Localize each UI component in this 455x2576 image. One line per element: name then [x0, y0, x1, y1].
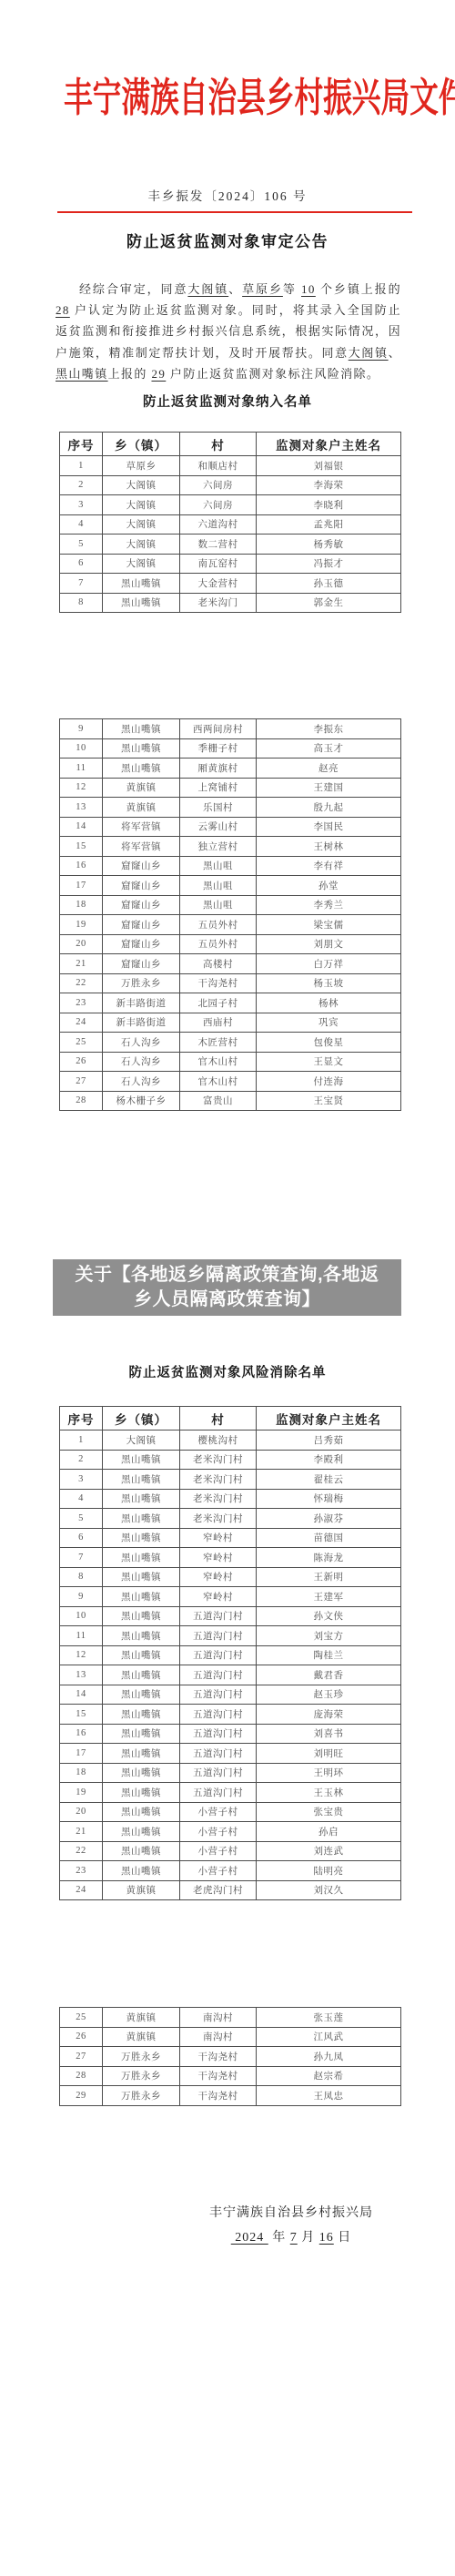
cell-township: 黑山嘴镇 [103, 1783, 180, 1803]
cell-serial: 17 [60, 1744, 103, 1764]
cell-householder-name: 李振东 [257, 719, 401, 739]
cell-township: 窟窿山乡 [103, 876, 180, 896]
cell-householder-name: 包俊星 [257, 1033, 401, 1053]
table-row: 20窟窿山乡五员外村刘朋文 [60, 934, 401, 954]
table-row: 24黄旗镇老虎沟门村刘汉久 [60, 1880, 401, 1900]
cell-township: 黑山嘴镇 [103, 1587, 180, 1607]
cell-serial: 4 [60, 514, 103, 535]
table-row: 14将军营镇云雾山村李国民 [60, 817, 401, 837]
removal-table: 序号乡（镇）村监测对象户主姓名1大阁镇樱桃沟村吕秀茹2黑山嘴镇老米沟门村李殿利3… [59, 1406, 401, 1900]
text-segment: 经综合审定，同意 [79, 282, 187, 296]
cell-township: 黑山嘴镇 [103, 1685, 180, 1705]
cell-serial: 22 [60, 1841, 103, 1861]
table-row: 1大阁镇樱桃沟村吕秀茹 [60, 1431, 401, 1451]
column-header: 序号 [60, 1407, 103, 1431]
table-row: 28万胜永乡干沟尧村赵宗希 [60, 2066, 401, 2086]
cell-township: 黑山嘴镇 [103, 1861, 180, 1881]
cell-village: 木匠营村 [180, 1033, 257, 1053]
cell-serial: 26 [60, 2027, 103, 2047]
cell-serial: 21 [60, 954, 103, 974]
cell-householder-name: 高玉才 [257, 738, 401, 759]
table-row: 2大阁镇六间房李海荣 [60, 475, 401, 495]
cell-township: 将军营镇 [103, 817, 180, 837]
cell-serial: 25 [60, 1033, 103, 1053]
text-segment: 户防止返贫监测对象标注风险消除。 [166, 367, 379, 381]
table-row: 15黑山嘴镇五道沟门村庞海荣 [60, 1705, 401, 1725]
cell-village: 乐国村 [180, 798, 257, 818]
cell-householder-name: 赵宗希 [257, 2066, 401, 2086]
cell-township: 石人沟乡 [103, 1072, 180, 1092]
table-row: 4大阁镇六道沟村孟兆阳 [60, 514, 401, 535]
column-header: 乡（镇） [103, 1407, 180, 1431]
cell-township: 万胜永乡 [103, 2047, 180, 2067]
text-segment: 个乡镇上报的 [316, 282, 401, 296]
cell-serial: 21 [60, 1822, 103, 1842]
cell-serial: 26 [60, 1052, 103, 1072]
cell-village: 五道沟门村 [180, 1763, 257, 1783]
cell-village: 五道沟门村 [180, 1665, 257, 1685]
cell-township: 黑山嘴镇 [103, 1470, 180, 1490]
issuing-org-signature: 丰宁满族自治县乡村振兴局 [127, 2203, 455, 2221]
cell-village: 老米沟门村 [180, 1470, 257, 1490]
cell-township: 黑山嘴镇 [103, 1665, 180, 1685]
cell-village: 和顺店村 [180, 456, 257, 476]
text-segment: 上报的 [108, 367, 152, 381]
table-row: 22黑山嘴镇小营子村刘连武 [60, 1841, 401, 1861]
underlined-segment: 28 [56, 303, 70, 317]
cell-village: 五员外村 [180, 915, 257, 935]
text-segment: 月 [298, 2231, 319, 2245]
cell-serial: 8 [60, 593, 103, 613]
cell-householder-name: 王建国 [257, 778, 401, 798]
cell-householder-name: 杨秀敏 [257, 535, 401, 555]
cell-village: 上窝铺村 [180, 778, 257, 798]
cell-householder-name: 王明环 [257, 1763, 401, 1783]
cell-serial: 27 [60, 1072, 103, 1092]
cell-serial: 28 [60, 1091, 103, 1111]
table-row: 9黑山嘴镇西两间房村李振东 [60, 719, 401, 739]
table-row: 17黑山嘴镇五道沟门村刘明旺 [60, 1744, 401, 1764]
table-row: 19窟窿山乡五员外村梁宝儒 [60, 915, 401, 935]
table-row: 26石人沟乡官木山村王显文 [60, 1052, 401, 1072]
cell-township: 窟窿山乡 [103, 856, 180, 876]
cell-householder-name: 李晓利 [257, 495, 401, 515]
cell-township: 大阁镇 [103, 475, 180, 495]
text-segment: 等 [283, 282, 301, 296]
cell-village: 窄岭村 [180, 1567, 257, 1587]
cell-township: 黑山嘴镇 [103, 1724, 180, 1744]
cell-village: 黑山咀 [180, 895, 257, 915]
cell-householder-name: 翟桂云 [257, 1470, 401, 1490]
cell-village: 西庙村 [180, 1013, 257, 1033]
cell-serial: 13 [60, 1665, 103, 1685]
column-header: 序号 [60, 433, 103, 456]
include-list-table-part2: 9黑山嘴镇西两间房村李振东10黑山嘴镇季栅子村高玉才11黑山嘴镇厢黄旗村赵亮12… [59, 718, 400, 1111]
table-row: 6大阁镇南瓦窑村冯振才 [60, 554, 401, 574]
overlay-ad-banner[interactable]: 关于【各地返乡隔离政策查询,各地返乡人员隔离政策查询】 [53, 1259, 401, 1316]
cell-village: 小营子村 [180, 1861, 257, 1881]
table-header-row: 序号乡（镇）村监测对象户主姓名 [60, 433, 401, 456]
cell-serial: 15 [60, 837, 103, 857]
cell-township: 将军营镇 [103, 837, 180, 857]
cell-householder-name: 李国民 [257, 817, 401, 837]
cell-village: 老虎沟门村 [180, 1880, 257, 1900]
column-header: 乡（镇） [103, 433, 180, 456]
cell-village: 五道沟门村 [180, 1705, 257, 1725]
removal-list-table-part1: 序号乡（镇）村监测对象户主姓名1大阁镇樱桃沟村吕秀茹2黑山嘴镇老米沟门村李殿利3… [59, 1406, 400, 1900]
table-row: 21窟窿山乡高楼村白万祥 [60, 954, 401, 974]
cell-township: 黄旗镇 [103, 2008, 180, 2028]
table-row: 9黑山嘴镇窄岭村王建军 [60, 1587, 401, 1607]
cell-township: 黄旗镇 [103, 778, 180, 798]
cell-village: 厢黄旗村 [180, 759, 257, 779]
cell-householder-name: 陈海龙 [257, 1548, 401, 1568]
cell-householder-name: 刘宝方 [257, 1626, 401, 1646]
cell-householder-name: 孙堂 [257, 876, 401, 896]
table-row: 10黑山嘴镇五道沟门村孙文侠 [60, 1606, 401, 1626]
column-header: 监测对象户主姓名 [257, 1407, 401, 1431]
cell-township: 黑山嘴镇 [103, 1528, 180, 1548]
table-row: 6黑山嘴镇窄岭村苗德国 [60, 1528, 401, 1548]
cell-village: 官木山村 [180, 1052, 257, 1072]
underlined-segment: 大阁镇 [349, 346, 389, 360]
cell-township: 窟窿山乡 [103, 915, 180, 935]
cell-serial: 19 [60, 915, 103, 935]
cell-township: 大阁镇 [103, 1431, 180, 1451]
cell-serial: 3 [60, 495, 103, 515]
cell-village: 大金营村 [180, 574, 257, 594]
cell-householder-name: 孙文侠 [257, 1606, 401, 1626]
cell-householder-name: 王新明 [257, 1567, 401, 1587]
cell-serial: 7 [60, 574, 103, 594]
table-row: 12黄旗镇上窝铺村王建国 [60, 778, 401, 798]
table-row: 20黑山嘴镇小营子村张宝贵 [60, 1802, 401, 1822]
table-row: 5大阁镇数二营村杨秀敏 [60, 535, 401, 555]
issue-date: 2024 年 7 月 16 日 [127, 2227, 455, 2245]
table-row: 24新丰路街道西庙村巩宾 [60, 1013, 401, 1033]
cell-township: 黑山嘴镇 [103, 1450, 180, 1470]
cell-township: 黑山嘴镇 [103, 738, 180, 759]
table-row: 16黑山嘴镇五道沟门村刘喜书 [60, 1724, 401, 1744]
cell-serial: 11 [60, 759, 103, 779]
cell-serial: 24 [60, 1013, 103, 1033]
cell-householder-name: 张宝贵 [257, 1802, 401, 1822]
cell-householder-name: 李殿利 [257, 1450, 401, 1470]
cell-village: 五道沟门村 [180, 1626, 257, 1646]
cell-township: 黑山嘴镇 [103, 1645, 180, 1665]
cell-township: 黑山嘴镇 [103, 1606, 180, 1626]
cell-township: 黑山嘴镇 [103, 1509, 180, 1529]
cell-village: 五道沟门村 [180, 1606, 257, 1626]
table-row: 8黑山嘴镇老米沟门郭金生 [60, 593, 401, 613]
cell-serial: 9 [60, 719, 103, 739]
cell-township: 黑山嘴镇 [103, 1744, 180, 1764]
underlined-segment: 大阁镇 [187, 282, 228, 296]
cell-village: 富贵山 [180, 1091, 257, 1111]
cell-serial: 20 [60, 934, 103, 954]
cell-serial: 7 [60, 1548, 103, 1568]
cell-village: 老米沟门村 [180, 1450, 257, 1470]
cell-serial: 6 [60, 1528, 103, 1548]
cell-householder-name: 杨玉坡 [257, 973, 401, 993]
cell-township: 石人沟乡 [103, 1052, 180, 1072]
document-page: 丰宁满族自治县乡村振兴局文件 丰乡振发〔2024〕106 号 防止返贫监测对象审… [0, 0, 455, 2576]
cell-village: 小营子村 [180, 1802, 257, 1822]
table-row: 18黑山嘴镇五道沟门村王明环 [60, 1763, 401, 1783]
cell-township: 大阁镇 [103, 514, 180, 535]
cell-village: 老米沟门村 [180, 1509, 257, 1529]
cell-householder-name: 怀瑞梅 [257, 1489, 401, 1509]
letterhead-org-title: 丰宁满族自治县乡村振兴局文件 [64, 73, 391, 126]
cell-village: 数二营村 [180, 535, 257, 555]
table-header-row: 序号乡（镇）村监测对象户主姓名 [60, 1407, 401, 1431]
cell-township: 窟窿山乡 [103, 934, 180, 954]
cell-householder-name: 王建军 [257, 1587, 401, 1607]
removal-table: 25黄旗镇南沟村张玉莲26黄旗镇南沟村江风武27万胜永乡干沟尧村孙九凤28万胜永… [59, 2007, 401, 2106]
cell-serial: 24 [60, 1880, 103, 1900]
cell-serial: 6 [60, 554, 103, 574]
cell-householder-name: 陶桂兰 [257, 1645, 401, 1665]
cell-village: 西两间房村 [180, 719, 257, 739]
cell-serial: 12 [60, 1645, 103, 1665]
cell-householder-name: 孙淑芬 [257, 1509, 401, 1529]
cell-village: 六道沟村 [180, 514, 257, 535]
table-row: 11黑山嘴镇五道沟门村刘宝方 [60, 1626, 401, 1646]
cell-householder-name: 苗德国 [257, 1528, 401, 1548]
underlined-segment: 草原乡 [242, 282, 283, 296]
cell-village: 樱桃沟村 [180, 1431, 257, 1451]
cell-householder-name: 吕秀茹 [257, 1431, 401, 1451]
cell-householder-name: 刘福银 [257, 456, 401, 476]
table-row: 23黑山嘴镇小营子村陆明亮 [60, 1861, 401, 1881]
cell-householder-name: 孙玉德 [257, 574, 401, 594]
cell-householder-name: 孟兆阳 [257, 514, 401, 535]
cell-householder-name: 张玉莲 [257, 2008, 401, 2028]
cell-serial: 12 [60, 778, 103, 798]
cell-householder-name: 刘明旺 [257, 1744, 401, 1764]
cell-village: 五道沟门村 [180, 1783, 257, 1803]
cell-householder-name: 郭金生 [257, 593, 401, 613]
table-row: 15将军营镇独立营村王树林 [60, 837, 401, 857]
cell-householder-name: 江风武 [257, 2027, 401, 2047]
cell-serial: 14 [60, 817, 103, 837]
cell-village: 季栅子村 [180, 738, 257, 759]
cell-householder-name: 冯振才 [257, 554, 401, 574]
text-segment: 、 [228, 282, 242, 296]
cell-village: 云雾山村 [180, 817, 257, 837]
cell-serial: 23 [60, 993, 103, 1013]
cell-householder-name: 白万祥 [257, 954, 401, 974]
underlined-segment: 7 [290, 2231, 298, 2245]
table-row: 12黑山嘴镇五道沟门村陶桂兰 [60, 1645, 401, 1665]
cell-serial: 13 [60, 798, 103, 818]
table-row: 27万胜永乡干沟尧村孙九凤 [60, 2047, 401, 2067]
cell-serial: 17 [60, 876, 103, 896]
cell-householder-name: 杨林 [257, 993, 401, 1013]
letterhead-divider-line [57, 211, 412, 213]
table-row: 21黑山嘴镇小营子村孙启 [60, 1822, 401, 1842]
table-row: 8黑山嘴镇窄岭村王新明 [60, 1567, 401, 1587]
cell-township: 万胜永乡 [103, 2086, 180, 2106]
announcement-body: 经综合审定，同意大阁镇、草原乡等 10 个乡镇上报的 28 户认定为防止返贫监测… [56, 279, 401, 384]
cell-township: 黄旗镇 [103, 798, 180, 818]
cell-village: 五道沟门村 [180, 1645, 257, 1665]
cell-householder-name: 王树林 [257, 837, 401, 857]
underlined-segment: 29 [151, 367, 166, 381]
cell-householder-name: 殷九起 [257, 798, 401, 818]
cell-serial: 10 [60, 1606, 103, 1626]
table-row: 14黑山嘴镇五道沟门村赵玉珍 [60, 1685, 401, 1705]
cell-village: 五道沟门村 [180, 1685, 257, 1705]
cell-township: 大阁镇 [103, 495, 180, 515]
include-list-subtitle: 防止返贫监测对象纳入名单 [0, 392, 455, 411]
cell-householder-name: 王显文 [257, 1052, 401, 1072]
cell-village: 干沟尧村 [180, 2086, 257, 2106]
cell-serial: 9 [60, 1587, 103, 1607]
cell-householder-name: 梁宝儒 [257, 915, 401, 935]
underlined-segment: 2024 [231, 2231, 268, 2245]
cell-township: 新丰路街道 [103, 993, 180, 1013]
cell-householder-name: 赵玉珍 [257, 1685, 401, 1705]
cell-township: 石人沟乡 [103, 1033, 180, 1053]
cell-serial: 18 [60, 895, 103, 915]
table-row: 10黑山嘴镇季栅子村高玉才 [60, 738, 401, 759]
cell-village: 六间房 [180, 475, 257, 495]
cell-village: 五员外村 [180, 934, 257, 954]
cell-serial: 15 [60, 1705, 103, 1725]
cell-householder-name: 王凤忠 [257, 2086, 401, 2106]
cell-township: 黄旗镇 [103, 2027, 180, 2047]
cell-householder-name: 陆明亮 [257, 1861, 401, 1881]
table-row: 7黑山嘴镇窄岭村陈海龙 [60, 1548, 401, 1568]
removal-list-subtitle: 防止返贫监测对象风险消除名单 [0, 1362, 455, 1381]
cell-serial: 28 [60, 2066, 103, 2086]
cell-village: 干沟尧村 [180, 973, 257, 993]
include-table: 序号乡（镇）村监测对象户主姓名1草原乡和顺店村刘福银2大阁镇六间房李海荣3大阁镇… [59, 432, 401, 613]
cell-township: 黑山嘴镇 [103, 1763, 180, 1783]
cell-township: 新丰路街道 [103, 1013, 180, 1033]
cell-village: 北园子村 [180, 993, 257, 1013]
cell-township: 大阁镇 [103, 554, 180, 574]
cell-serial: 5 [60, 535, 103, 555]
table-row: 5黑山嘴镇老米沟门村孙淑芬 [60, 1509, 401, 1529]
document-number: 丰乡振发〔2024〕106 号 [0, 186, 455, 204]
cell-township: 黑山嘴镇 [103, 1822, 180, 1842]
removal-list-table-part2: 25黄旗镇南沟村张玉莲26黄旗镇南沟村江风武27万胜永乡干沟尧村孙九凤28万胜永… [59, 2007, 400, 2106]
cell-village: 窄岭村 [180, 1587, 257, 1607]
cell-township: 黑山嘴镇 [103, 1841, 180, 1861]
table-row: 26黄旗镇南沟村江风武 [60, 2027, 401, 2047]
table-row: 1草原乡和顺店村刘福银 [60, 456, 401, 476]
table-row: 3黑山嘴镇老米沟门村翟桂云 [60, 1470, 401, 1490]
cell-householder-name: 李秀兰 [257, 895, 401, 915]
cell-serial: 25 [60, 2008, 103, 2028]
cell-village: 窄岭村 [180, 1548, 257, 1568]
table-row: 13黑山嘴镇五道沟门村戴君香 [60, 1665, 401, 1685]
cell-village: 干沟尧村 [180, 2047, 257, 2067]
cell-village: 老米沟门 [180, 593, 257, 613]
cell-householder-name: 巩宾 [257, 1013, 401, 1033]
table-row: 25石人沟乡木匠营村包俊星 [60, 1033, 401, 1053]
table-row: 17窟窿山乡黑山咀孙堂 [60, 876, 401, 896]
cell-village: 黑山咀 [180, 856, 257, 876]
cell-serial: 18 [60, 1763, 103, 1783]
table-row: 3大阁镇六间房李晓利 [60, 495, 401, 515]
column-header: 监测对象户主姓名 [257, 433, 401, 456]
cell-serial: 5 [60, 1509, 103, 1529]
cell-village: 南瓦窑村 [180, 554, 257, 574]
table-row: 22万胜永乡干沟尧村杨玉坡 [60, 973, 401, 993]
cell-serial: 11 [60, 1626, 103, 1646]
cell-township: 黑山嘴镇 [103, 1705, 180, 1725]
cell-village: 南沟村 [180, 2008, 257, 2028]
cell-village: 六间房 [180, 495, 257, 515]
cell-township: 黑山嘴镇 [103, 1548, 180, 1568]
cell-serial: 10 [60, 738, 103, 759]
cell-village: 南沟村 [180, 2027, 257, 2047]
text-segment: 年 [268, 2231, 290, 2245]
table-row: 18窟窿山乡黑山咀李秀兰 [60, 895, 401, 915]
cell-householder-name: 刘连武 [257, 1841, 401, 1861]
cell-township: 草原乡 [103, 456, 180, 476]
cell-village: 窄岭村 [180, 1528, 257, 1548]
table-row: 27石人沟乡官木山村付连海 [60, 1072, 401, 1092]
cell-village: 官木山村 [180, 1072, 257, 1092]
cell-village: 黑山咀 [180, 876, 257, 896]
table-row: 4黑山嘴镇老米沟门村怀瑞梅 [60, 1489, 401, 1509]
cell-householder-name: 李有祥 [257, 856, 401, 876]
table-row: 23新丰路街道北园子村杨林 [60, 993, 401, 1013]
cell-serial: 27 [60, 2047, 103, 2067]
cell-householder-name: 孙九凤 [257, 2047, 401, 2067]
table-row: 2黑山嘴镇老米沟门村李殿利 [60, 1450, 401, 1470]
table-row: 29万胜永乡干沟尧村王凤忠 [60, 2086, 401, 2106]
cell-township: 黑山嘴镇 [103, 574, 180, 594]
include-list-table-part1: 序号乡（镇）村监测对象户主姓名1草原乡和顺店村刘福银2大阁镇六间房李海荣3大阁镇… [59, 432, 400, 613]
cell-township: 万胜永乡 [103, 973, 180, 993]
cell-village: 五道沟门村 [180, 1724, 257, 1744]
table-row: 28杨木栅子乡富贵山王宝贤 [60, 1091, 401, 1111]
cell-township: 杨木栅子乡 [103, 1091, 180, 1111]
cell-householder-name: 庞海荣 [257, 1705, 401, 1725]
cell-serial: 3 [60, 1470, 103, 1490]
column-header: 村 [180, 1407, 257, 1431]
cell-serial: 16 [60, 856, 103, 876]
announcement-title: 防止返贫监测对象审定公告 [0, 229, 455, 251]
cell-township: 黑山嘴镇 [103, 759, 180, 779]
cell-householder-name: 付连海 [257, 1072, 401, 1092]
cell-village: 干沟尧村 [180, 2066, 257, 2086]
cell-householder-name: 刘汉久 [257, 1880, 401, 1900]
cell-village: 五道沟门村 [180, 1744, 257, 1764]
text-segment: 、 [389, 346, 401, 360]
cell-township: 黑山嘴镇 [103, 719, 180, 739]
cell-township: 黑山嘴镇 [103, 1802, 180, 1822]
cell-township: 黑山嘴镇 [103, 1567, 180, 1587]
cell-serial: 2 [60, 1450, 103, 1470]
cell-village: 老米沟门村 [180, 1489, 257, 1509]
cell-serial: 14 [60, 1685, 103, 1705]
cell-serial: 16 [60, 1724, 103, 1744]
cell-serial: 1 [60, 1431, 103, 1451]
cell-householder-name: 李海荣 [257, 475, 401, 495]
include-table: 9黑山嘴镇西两间房村李振东10黑山嘴镇季栅子村高玉才11黑山嘴镇厢黄旗村赵亮12… [59, 718, 401, 1111]
cell-township: 黑山嘴镇 [103, 593, 180, 613]
cell-village: 高楼村 [180, 954, 257, 974]
underlined-segment: 黑山嘴镇 [56, 367, 108, 381]
cell-serial: 29 [60, 2086, 103, 2106]
table-row: 19黑山嘴镇五道沟门村王玉林 [60, 1783, 401, 1803]
